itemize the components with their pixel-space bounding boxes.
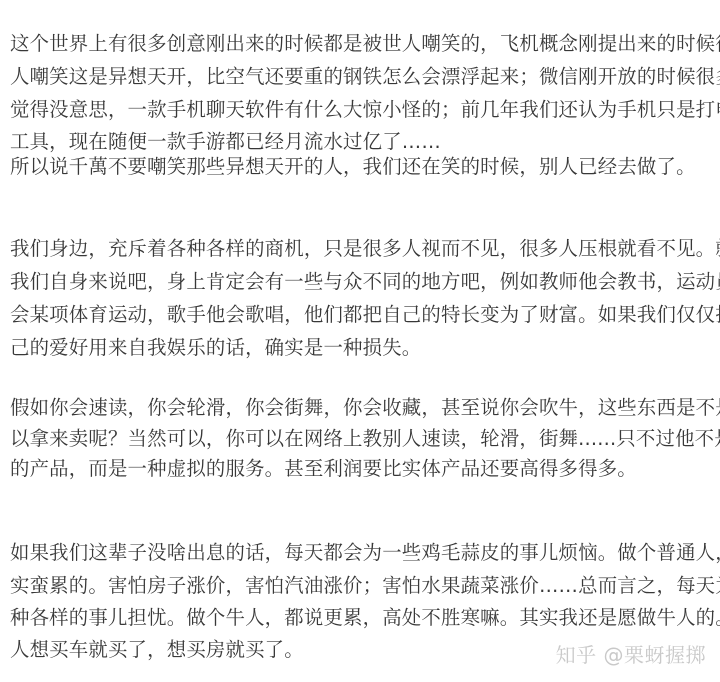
paragraph-1-line-4: 工具，现在随便一款手游都已经月流水过亿了…… xyxy=(10,129,441,155)
paragraph-4-line-2: 实蛮累的。害怕房子涨价，害怕汽油涨价；害怕水果蔬菜涨价……总而言之，每天为各 xyxy=(10,573,720,599)
paragraph-2-line-4: 己的爱好用来自我娱乐的话，确实是一种损失。 xyxy=(10,335,421,361)
paragraph-4-line-1: 如果我们这辈子没啥出息的话，每天都会为一些鸡毛蒜皮的事儿烦恼。做个普通人，其 xyxy=(10,540,720,566)
paragraph-1-line-1: 这个世界上有很多创意刚出来的时候都是被世人嘲笑的，飞机概念刚提出来的时候很多 xyxy=(10,31,720,57)
paragraph-3-line-2: 以拿来卖呢？当然可以，你可以在网络上教别人速读，轮滑，街舞......只不过他不… xyxy=(10,426,720,452)
paragraph-1-line-2: 人嘲笑这是异想天开，比空气还要重的钢铁怎么会漂浮起来；微信刚开放的时候很多人 xyxy=(10,64,720,90)
paragraph-4-line-4: 人想买车就买了，想买房就买了。 xyxy=(10,637,304,663)
paragraph-2-line-1: 我们身边，充斥着各种各样的商机，只是很多人视而不见，很多人压根就看不见。就拿 xyxy=(10,236,720,262)
paragraph-4-line-3: 种各样的事儿担忧。做个牛人，都说更累，高处不胜寒嘛。其实我还是愿做牛人的。牛 xyxy=(10,605,720,631)
article-body: 这个世界上有很多创意刚出来的时候都是被世人嘲笑的，飞机概念刚提出来的时候很多 人… xyxy=(0,0,720,682)
paragraph-3-line-1: 假如你会速读，你会轮滑，你会街舞，你会收藏，甚至说你会吹牛，这些东西是不是可 xyxy=(10,395,720,421)
paragraph-1-line-5: 所以说千萬不要嘲笑那些异想天开的人，我们还在笑的时候，别人已经去做了。 xyxy=(10,154,696,180)
paragraph-2-line-3: 会某项体育运动，歌手他会歌唱，他们都把自己的特长变为了财富。如果我们仅仅把自 xyxy=(10,302,720,328)
paragraph-1-line-3: 觉得没意思，一款手机聊天软件有什么大惊小怪的；前几年我们还认为手机只是打电话 xyxy=(10,97,720,123)
paragraph-3-line-3: 的产品，而是一种虚拟的服务。甚至利润要比实体产品还要高得多得多。 xyxy=(10,456,637,482)
paragraph-2-line-2: 我们自身来说吧，身上肯定会有一些与众不同的地方吧，例如教师他会教书，运动员他 xyxy=(10,269,720,295)
zhihu-watermark: 知乎 @栗蚜握掷 xyxy=(556,642,706,668)
